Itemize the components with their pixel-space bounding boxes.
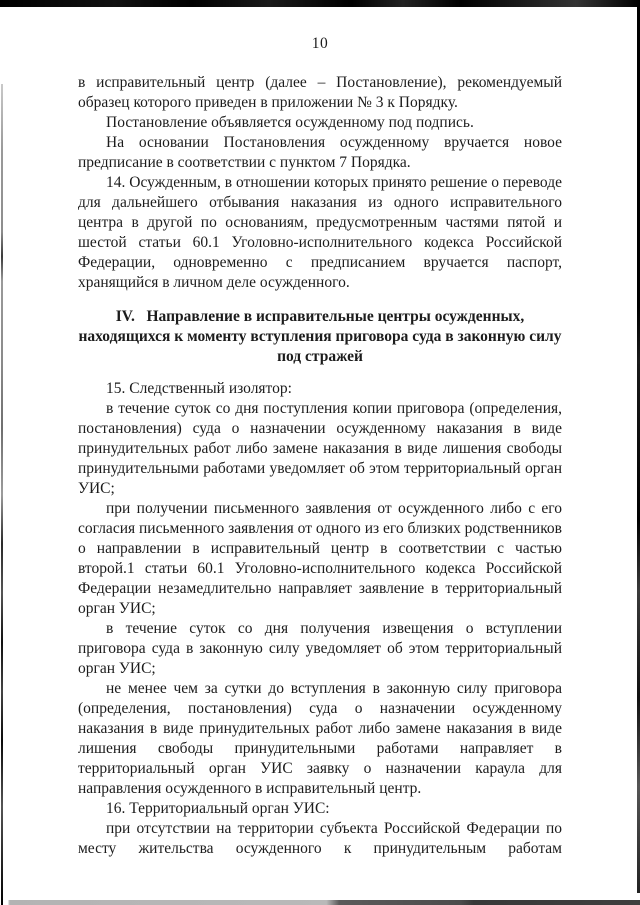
- scan-edge-left: [1, 84, 3, 905]
- paragraph: На основании Постановления осужденному в…: [78, 133, 562, 173]
- paragraph: 14. Осужденным, в отношении которых прин…: [78, 173, 562, 293]
- paragraph: в исправительный центр (далее – Постанов…: [78, 73, 562, 113]
- section-heading: IV. Направление в исправительные центры …: [78, 307, 562, 367]
- paragraph: при получении письменного заявления от о…: [78, 499, 562, 619]
- scan-edge-bottom: [0, 900, 640, 905]
- scan-edge-top: [0, 0, 640, 7]
- paragraph: в течение суток со дня получения извещен…: [78, 619, 562, 679]
- paragraph: в течение суток со дня поступления копии…: [78, 399, 562, 499]
- paragraph: не менее чем за сутки до вступления в за…: [78, 679, 562, 799]
- document-text: в исправительный центр (далее – Постанов…: [78, 73, 562, 859]
- paragraph: 15. Следственный изолятор:: [78, 379, 562, 399]
- page-number: 10: [0, 35, 640, 53]
- paragraph: при отсутствии на территории субъекта Ро…: [78, 819, 562, 859]
- paragraph: 16. Территориальный орган УИС:: [78, 799, 562, 819]
- paragraph: Постановление объявляется осужденному по…: [78, 113, 562, 133]
